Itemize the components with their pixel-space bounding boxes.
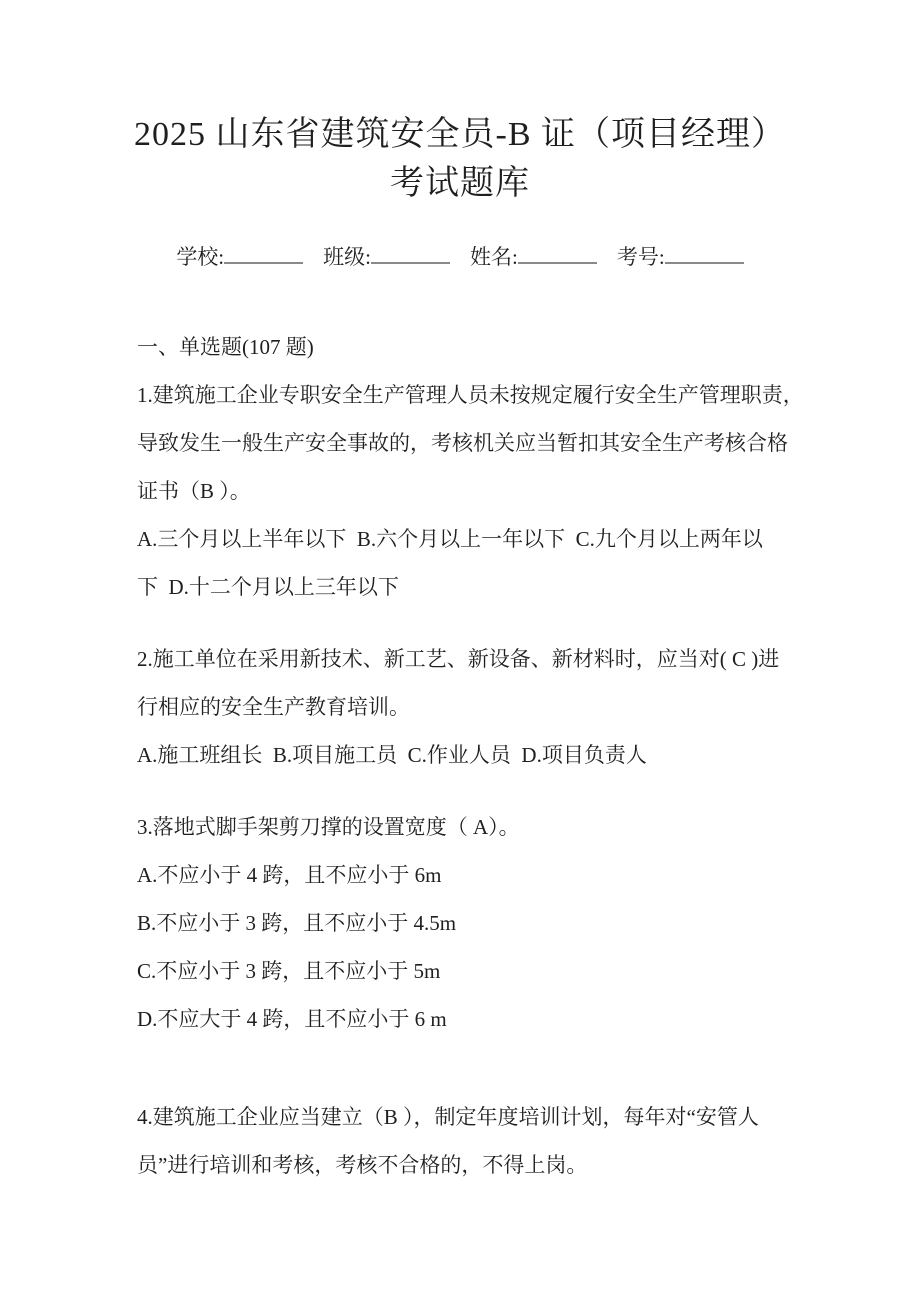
section-heading-single-choice: 一、单选题(107 题) xyxy=(137,323,830,371)
question-3-option-c: C.不应小于 3 跨，且不应小于 5m xyxy=(137,947,830,995)
question-4-line-2: 员”进行培训和考核，考核不合格的，不得上岗。 xyxy=(137,1141,830,1189)
name-field: 姓名: xyxy=(470,240,597,272)
name-blank-line xyxy=(518,240,597,264)
document-title-line-1: 2025 山东省建筑安全员-B 证（项目经理） xyxy=(0,110,920,159)
question-1-line-2: 导致发生一般生产安全事故的，考核机关应当暂扣其安全生产考核合格 xyxy=(137,419,830,467)
document-title-line-2: 考试题库 xyxy=(0,159,920,208)
question-1-options-line-1: A.三个月以上半年以下 B.六个月以上一年以下 C.九个月以上两年以 xyxy=(137,515,830,563)
class-label: 班级: xyxy=(323,242,371,272)
question-3-option-a: A.不应小于 4 跨，且不应小于 6m xyxy=(137,851,830,899)
question-1-options-line-2: 下 D.十二个月以上三年以下 xyxy=(137,563,830,611)
exam-document-page: 2025 山东省建筑安全员-B 证（项目经理） 考试题库 学校: 班级: 姓名:… xyxy=(0,0,920,1302)
school-label: 学校: xyxy=(176,242,224,272)
question-3: 3.落地式脚手架剪刀撑的设置宽度（ A）。 A.不应小于 4 跨，且不应小于 6… xyxy=(137,803,830,1043)
school-field: 学校: xyxy=(176,240,303,272)
exam-number-blank-line xyxy=(665,240,744,264)
name-label: 姓名: xyxy=(470,242,518,272)
class-blank-line xyxy=(371,240,450,264)
question-3-option-b: B.不应小于 3 跨，且不应小于 4.5m xyxy=(137,899,830,947)
document-title: 2025 山东省建筑安全员-B 证（项目经理） 考试题库 xyxy=(0,0,920,208)
question-1: 1.建筑施工企业专职安全生产管理人员未按规定履行安全生产管理职责， 导致发生一般… xyxy=(137,371,830,611)
school-blank-line xyxy=(224,240,303,264)
question-2-line-2: 行相应的安全生产教育培训。 xyxy=(137,683,830,731)
class-field: 班级: xyxy=(323,240,450,272)
question-1-line-1: 1.建筑施工企业专职安全生产管理人员未按规定履行安全生产管理职责， xyxy=(137,371,830,419)
question-2: 2.施工单位在采用新技术、新工艺、新设备、新材料时，应当对( C )进 行相应的… xyxy=(137,635,830,779)
question-4-line-1: 4.建筑施工企业应当建立（B ），制定年度培训计划，每年对“安管人 xyxy=(137,1093,830,1141)
question-3-line-1: 3.落地式脚手架剪刀撑的设置宽度（ A）。 xyxy=(137,803,830,851)
student-info-row: 学校: 班级: 姓名: 考号: xyxy=(0,240,920,272)
exam-number-label: 考号: xyxy=(617,242,665,272)
question-4: 4.建筑施工企业应当建立（B ），制定年度培训计划，每年对“安管人 员”进行培训… xyxy=(137,1093,830,1189)
question-content: 一、单选题(107 题) 1.建筑施工企业专职安全生产管理人员未按规定履行安全生… xyxy=(0,323,920,1189)
question-3-option-d: D.不应大于 4 跨，且不应小于 6 m xyxy=(137,995,830,1043)
exam-number-field: 考号: xyxy=(617,240,744,272)
question-2-options-line: A.施工班组长 B.项目施工员 C.作业人员 D.项目负责人 xyxy=(137,731,830,779)
question-2-line-1: 2.施工单位在采用新技术、新工艺、新设备、新材料时，应当对( C )进 xyxy=(137,635,830,683)
question-1-line-3: 证书（B ）。 xyxy=(137,467,830,515)
